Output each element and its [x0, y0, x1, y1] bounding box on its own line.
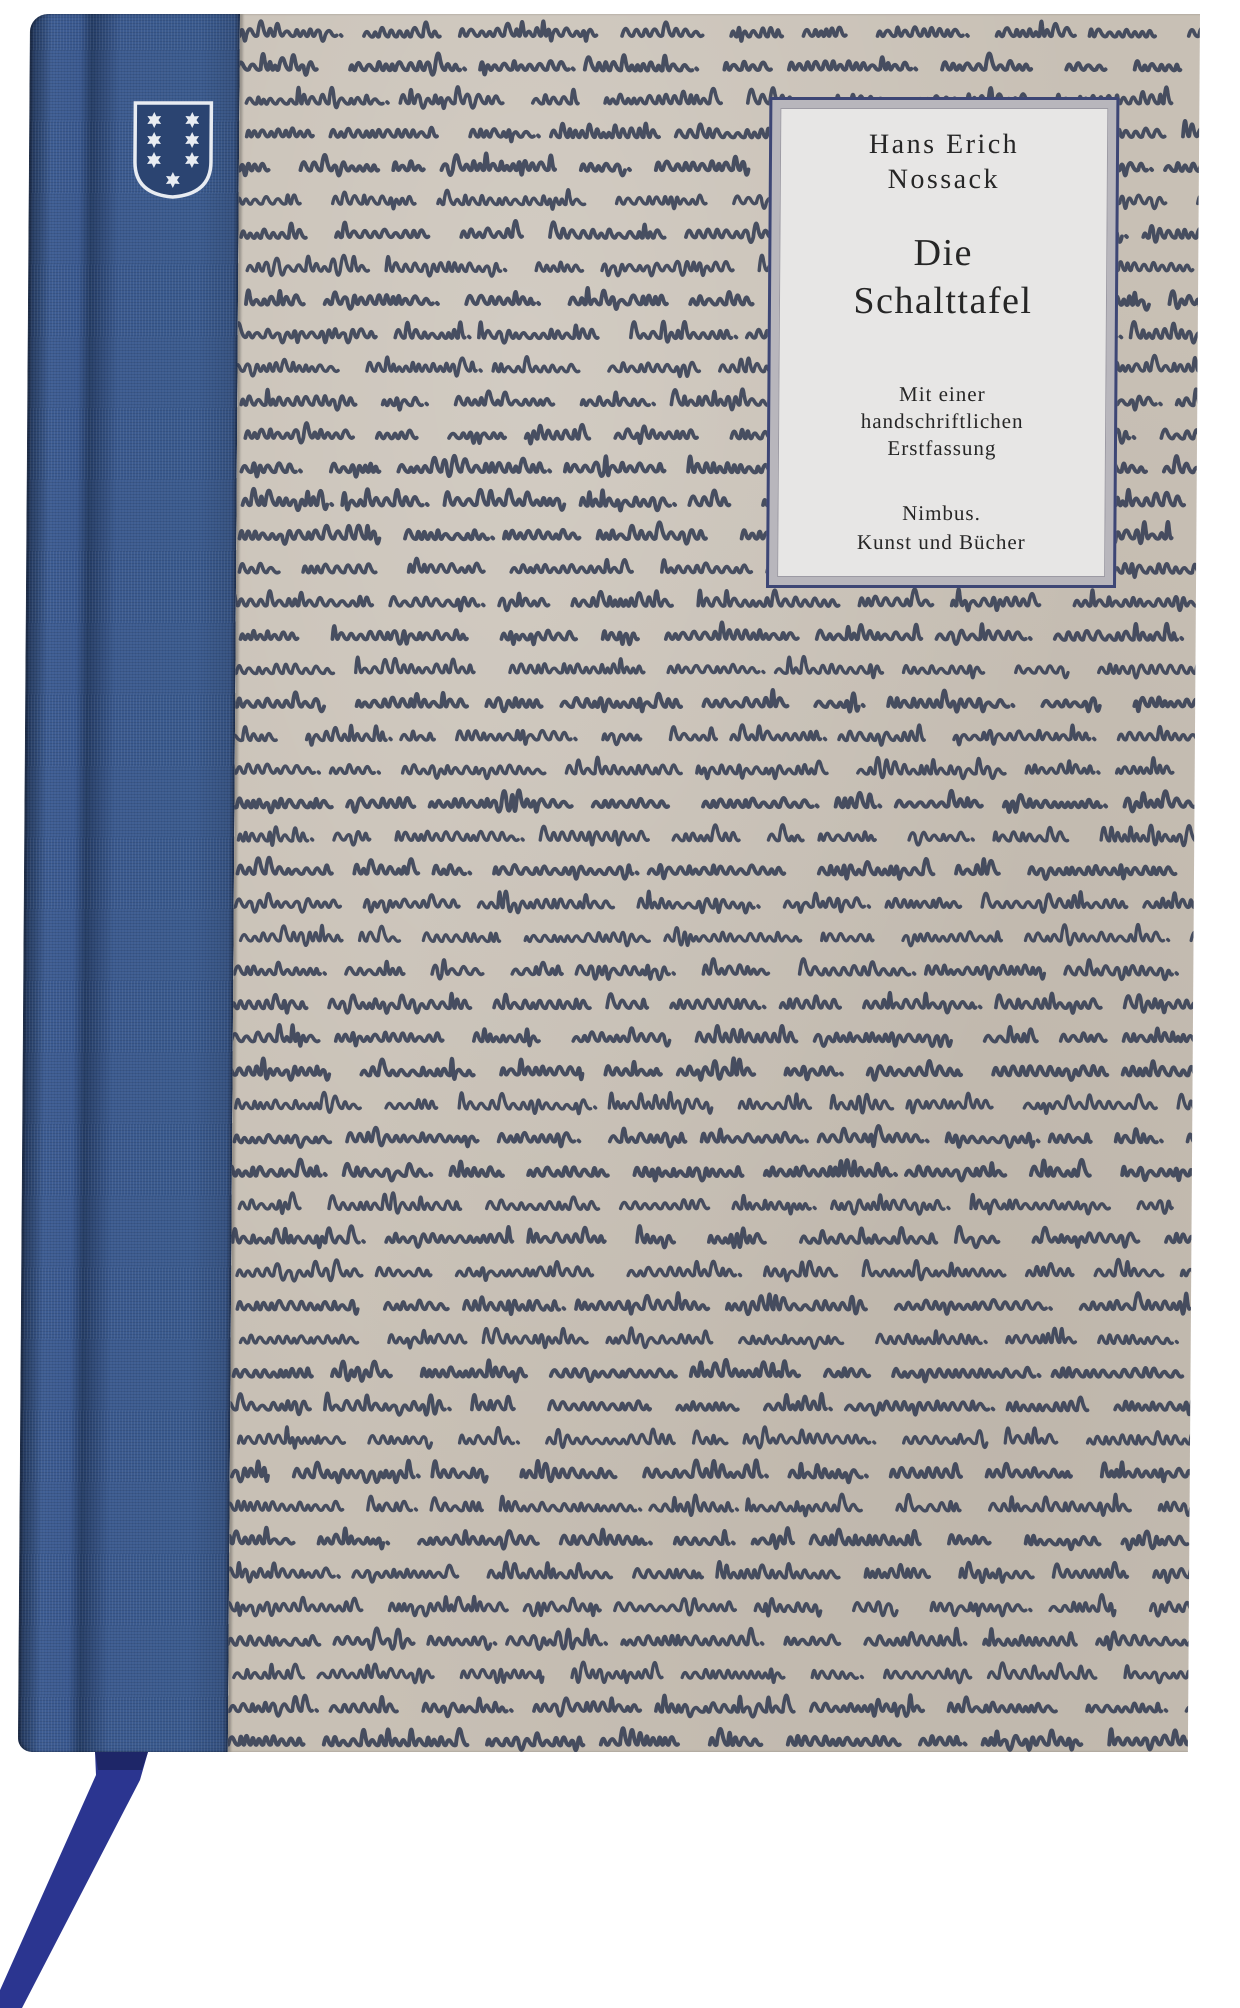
book: Hans Erich Nossack Die Schalttafel Mit e… [18, 14, 1200, 1752]
book-subtitle: Mit einer handschriftlichen Erstfassung [779, 381, 1106, 462]
author-name: Hans Erich Nossack [781, 127, 1107, 197]
title-label: Hans Erich Nossack Die Schalttafel Mit e… [766, 97, 1119, 588]
shield-with-seven-stars-icon [132, 100, 215, 200]
publisher-name: Nimbus. Kunst und Bücher [778, 499, 1104, 557]
ribbon-bookmark [0, 1740, 200, 2008]
book-cover: Hans Erich Nossack Die Schalttafel Mit e… [228, 14, 1200, 1752]
book-title: Die Schalttafel [780, 229, 1107, 325]
book-spine [18, 14, 240, 1752]
